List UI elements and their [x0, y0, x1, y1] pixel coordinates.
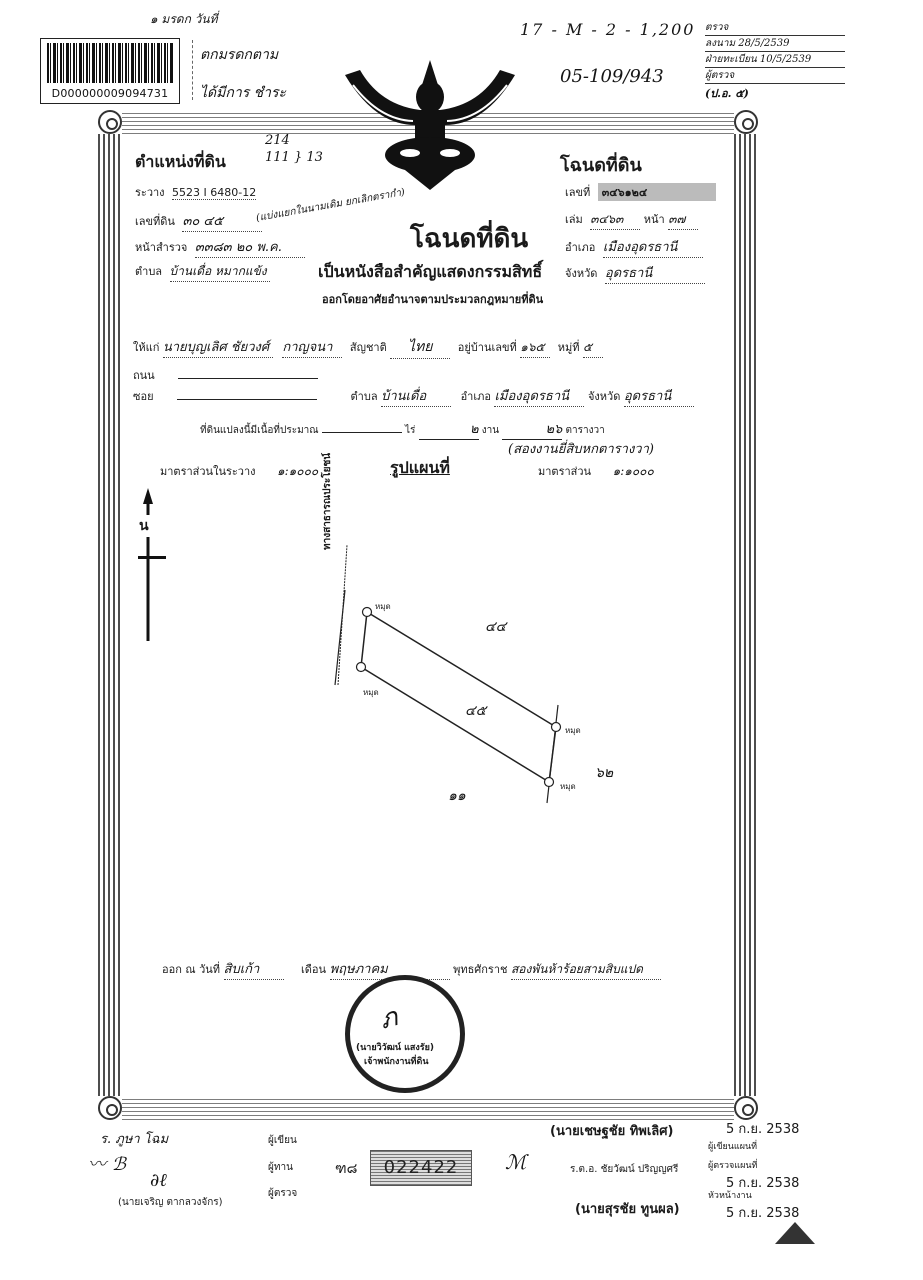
parcel-east-number: ๖๒	[595, 762, 613, 784]
province-value: อุดรธานี	[605, 262, 705, 284]
map-sheet-value: 5523 I 6480-12	[172, 186, 256, 200]
owner-tambon-value: บ้านเดื่อ	[381, 385, 451, 407]
corner-mark-icon	[775, 1222, 815, 1244]
area-wa-value: ๒๖	[502, 418, 562, 440]
deed-subtitle: เป็นหนังสือสำคัญแสดงกรรมสิทธิ์	[318, 260, 542, 285]
page-value: ๓๗	[668, 210, 698, 230]
border-left	[98, 134, 122, 1096]
date-value: 5 ก.ย. 2538	[726, 1122, 799, 1137]
house-no-label: อยู่บ้านเลขที่	[458, 341, 517, 354]
corner-ornament-icon	[734, 1096, 758, 1120]
month-label: เดือน	[301, 963, 326, 976]
land-position-title: ตำแหน่งที่ดิน	[135, 150, 226, 175]
marker-label: หมุด	[560, 780, 576, 793]
stamp-line: (ป.อ. ๕)	[705, 84, 845, 102]
map-sheet-label: ระวาง	[135, 186, 165, 199]
barcode-number: D000000009094731	[43, 87, 177, 100]
date-label: ผู้เขียนแผนที่	[708, 1139, 799, 1153]
barcode-bars	[47, 43, 173, 83]
corner-ornament-icon	[98, 110, 122, 134]
scale-right-value: ๑:๑๐๐๐	[613, 464, 654, 478]
serial-number: 022422	[370, 1150, 472, 1186]
writer-label: ผู้เขียน	[268, 1133, 297, 1148]
road-label: ถนน	[133, 369, 155, 382]
soi-row: ซอย ตำบล บ้านเดื่อ อำเภอ เมืองอุดรธานี จ…	[133, 385, 733, 407]
owner-row: ให้แก่ นายบุญเลิศ ชัยวงศ์ กาญจนา สัญชาติ…	[133, 336, 733, 359]
date-stamp-3: หัวหน้างาน 5 ก.ย. 2538	[708, 1200, 799, 1223]
to-label: ให้แก่	[133, 341, 159, 354]
parcel-north-number: ๔๔	[485, 616, 506, 638]
survey-page-value: ๓๓๘๓ ๒๐ พ.ค.	[195, 236, 305, 258]
parcel-note-1: 214	[265, 133, 290, 148]
right-officer-2: (นายสุรชัย ทูนผล)	[575, 1198, 680, 1219]
parcel-south-number: ๑๑	[448, 785, 466, 807]
owner-surname-note: กาญจนา	[282, 336, 342, 358]
handwritten-left-note-2: ได้มีการ ชำระ	[200, 82, 286, 104]
scale-left: มาตราส่วนในระวาง ๑:๑๐๐๐	[160, 462, 318, 481]
parcel-main-number: ๔๕	[465, 700, 486, 722]
amphoe-row: อำเภอ เมืองอุดรธานี	[565, 236, 703, 258]
marker-label: หมุด	[375, 600, 391, 613]
seal-signature: ภ	[375, 996, 402, 1040]
deed-number-row: เลขที่ ๓๔๖๑๒๔	[565, 183, 716, 201]
border-bottom	[122, 1096, 734, 1120]
house-no-value: ๑๖๕	[520, 338, 550, 358]
tambon-label: ตำบล	[135, 265, 162, 278]
marker-label: หมุด	[363, 686, 379, 699]
handwritten-left-note-1: ตกมรดกตาม	[200, 44, 278, 66]
owner-tambon-label: ตำบล	[351, 390, 378, 403]
corner-ornament-icon	[734, 110, 758, 134]
deed-title: โฉนดที่ดิน	[410, 218, 528, 259]
border-right	[734, 134, 758, 1096]
volume-label: เล่ม	[565, 213, 583, 226]
soi-value	[177, 399, 317, 400]
serial-prefix: ฑ๘	[335, 1158, 357, 1180]
province-label: จังหวัด	[565, 267, 597, 280]
deed-number-label: เลขที่	[565, 186, 590, 199]
rai-label: ไร่	[405, 425, 415, 436]
owner-name: นายบุญเลิศ ชัยวงศ์	[163, 336, 273, 358]
left-signature: 〰 ℬ	[88, 1150, 126, 1176]
area-rai-value	[322, 432, 402, 433]
reference-line: 17 - M - 2 - 1,200	[520, 20, 695, 39]
owner-amphoe-label: อำเภอ	[461, 390, 491, 403]
land-number-value: ๓๐ ๔๕	[182, 210, 262, 232]
scale-left-value: ๑:๑๐๐๐	[277, 464, 318, 478]
wa-label: ตารางวา	[565, 425, 604, 436]
volume-value: ๓๔๖๓	[590, 210, 640, 230]
right-mid-note: ร.ต.อ. ชัยวัฒน์ ปริญญศรี	[570, 1162, 678, 1177]
right-officer-1: (นายเชษฐชัย ทิพเลิศ)	[550, 1120, 673, 1141]
handwritten-top-note: ๑ มรดก วันที่	[150, 10, 218, 29]
date-stamp-1: 5 ก.ย. 2538 ผู้เขียนแผนที่	[708, 1118, 799, 1153]
date-value: 5 ก.ย. 2538	[726, 1206, 799, 1221]
stamp-line: ตรวจ	[705, 20, 845, 36]
barcode: D000000009094731	[40, 38, 180, 104]
scale-right-label: มาตราส่วน	[538, 465, 591, 478]
right-stamp: ตรวจ ลงนาม 28/5/2539 ฝ่ายทะเบียน 10/5/25…	[705, 20, 845, 102]
date-label: ผู้ตรวจแผนที่	[708, 1158, 799, 1172]
date-label: หัวหน้างาน	[708, 1188, 799, 1202]
document-id: 05-109/943	[560, 66, 664, 87]
moo-label: หมู่ที่	[558, 341, 580, 354]
left-officer-name: (นายเจริญ ตากลวงจักร)	[118, 1195, 223, 1210]
owner-province-label: จังหวัด	[588, 390, 620, 403]
deed-number-value: ๓๔๖๑๒๔	[598, 183, 716, 201]
marker-label: หมุด	[565, 724, 581, 737]
moo-value: ๕	[583, 338, 603, 358]
divider	[192, 40, 194, 100]
area-note: (สองงานยี่สิบหกตารางวา)	[508, 438, 654, 459]
right-deed-title: โฉนดที่ดิน	[560, 150, 642, 179]
right-signature: ℳ	[505, 1150, 526, 1174]
issued-by: ออกโดยอาศัยอำนาจตามประมวลกฎหมายที่ดิน	[322, 290, 543, 308]
amphoe-value: เมืองอุดรธานี	[603, 236, 703, 258]
land-number-label: เลขที่ดิน	[135, 215, 175, 228]
soi-label: ซอย	[133, 390, 154, 403]
left-signature-2: ∂ℓ	[150, 1170, 167, 1191]
map-heading: รูปแผนที่	[390, 456, 450, 481]
nationality-label: สัญชาติ	[350, 341, 387, 354]
page-label: หน้า	[644, 213, 665, 226]
stamp-line: ลงนาม 28/5/2539	[705, 36, 845, 52]
north-label: น	[138, 515, 150, 537]
corner-ornament-icon	[98, 1096, 122, 1120]
survey-page-row: หน้าสำรวจ ๓๓๘๓ ๒๐ พ.ค.	[135, 236, 305, 258]
map-sheet-row: ระวาง 5523 I 6480-12	[135, 183, 256, 201]
road-value	[178, 378, 318, 379]
parcel-map	[300, 500, 620, 820]
area-ngan-value: ๒	[419, 418, 479, 440]
owner-amphoe-value: เมืองอุดรธานี	[494, 385, 584, 407]
land-number-row: เลขที่ดิน ๓๐ ๔๕	[135, 210, 262, 232]
stamp-line: ผู้ตรวจ	[705, 68, 845, 84]
issue-year: สองพันห้าร้อยสามสิบแปด	[511, 960, 661, 980]
road-row: ถนน	[133, 366, 318, 384]
area-row: ที่ดินแปลงนี้มีเนื้อที่ประมาณ ไร่ ๒ งาน …	[200, 418, 605, 440]
area-prefix: ที่ดินแปลงนี้มีเนื้อที่ประมาณ	[200, 425, 319, 436]
ngan-label: งาน	[482, 425, 499, 436]
parcel-note-2: 111 } 13	[265, 150, 323, 165]
garuda-emblem-icon	[335, 55, 525, 195]
north-arrow-icon	[138, 488, 170, 643]
checker-label: ผู้ตรวจ	[268, 1186, 297, 1201]
issue-day: สิบเก้า	[224, 958, 284, 980]
amphoe-label: อำเภอ	[565, 241, 595, 254]
reviewer-label: ผู้ทาน	[268, 1160, 293, 1175]
left-signer-note: ร. ภูษา โฉม	[100, 1128, 168, 1149]
tambon-row: ตำบล บ้านเดื่อ หมากแข้ง	[135, 262, 270, 282]
scale-right: มาตราส่วน ๑:๑๐๐๐	[538, 462, 654, 481]
survey-page-label: หน้าสำรวจ	[135, 241, 187, 254]
seal-officer-name: (นายวิวัฒน์ แสงรัย)	[356, 1040, 434, 1054]
scale-left-label: มาตราส่วนในระวาง	[160, 465, 256, 478]
province-row: จังหวัด อุดรธานี	[565, 262, 705, 284]
volume-row: เล่ม ๓๔๖๓ หน้า ๓๗	[565, 210, 698, 230]
tambon-value: บ้านเดื่อ หมากแข้ง	[170, 262, 270, 282]
seal-officer-title: เจ้าพนักงานที่ดิน	[364, 1054, 428, 1068]
owner-province-value: อุดรธานี	[624, 385, 694, 407]
road-label: ทางสาธารณประโยชน์	[320, 453, 335, 550]
official-seal: ภ (นายวิวัฒน์ แสงรัย) เจ้าพนักงานที่ดิน	[345, 975, 465, 1093]
year-label: พุทธศักราช	[453, 963, 507, 976]
issue-prefix: ออก ณ วันที่	[162, 963, 220, 976]
nationality-value: ไทย	[390, 336, 450, 359]
stamp-line: ฝ่ายทะเบียน 10/5/2539	[705, 52, 845, 68]
